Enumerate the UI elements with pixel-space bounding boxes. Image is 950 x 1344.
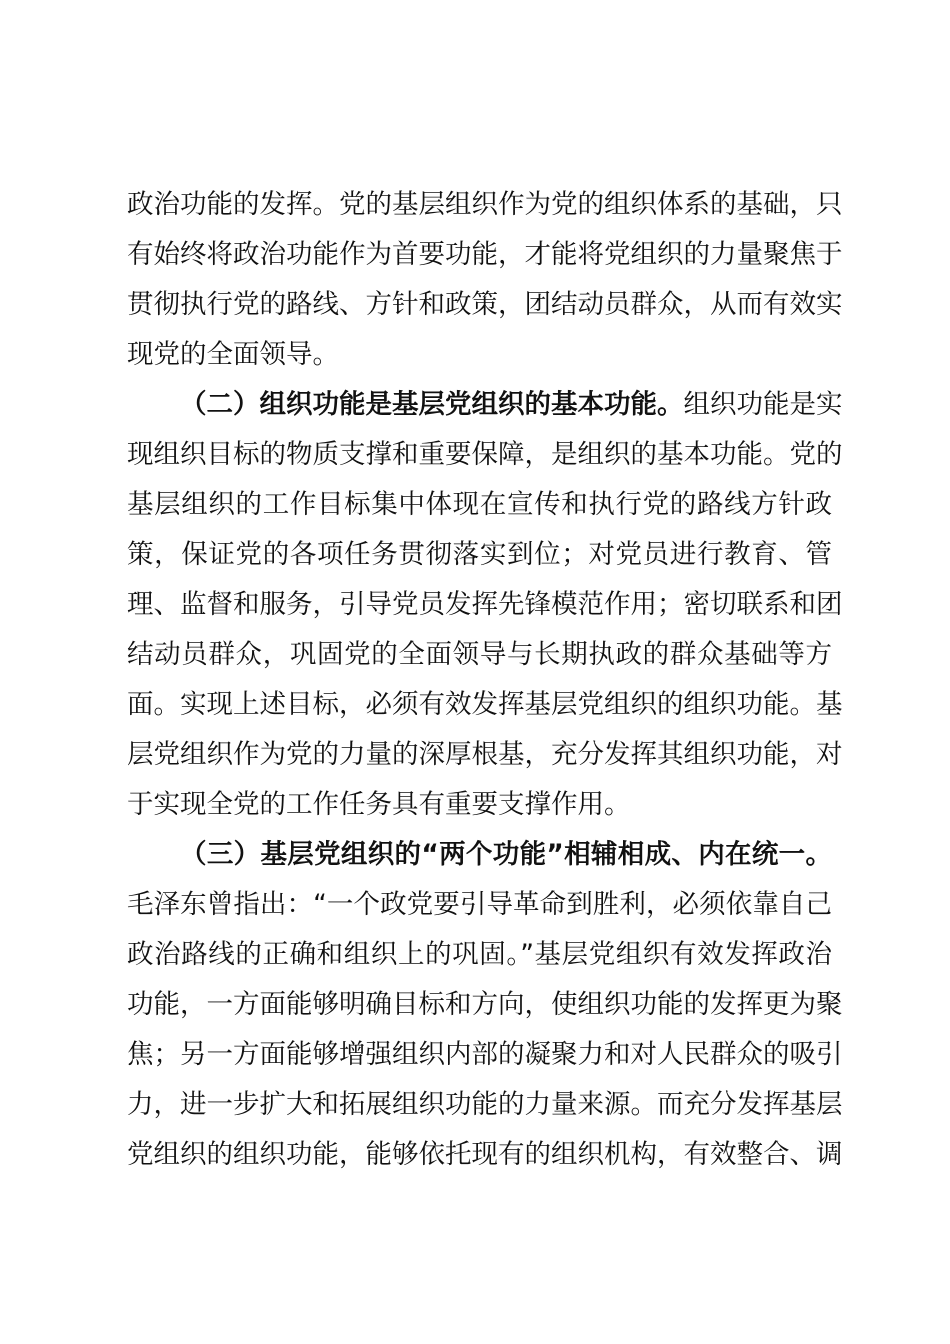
text-line: 党组织的组织功能，能够依托现有的组织机构，有效整合、调: [127, 1130, 832, 1180]
text-line: 毛泽东曾指出：“一个政党要引导革命到胜利，必须依靠自己: [127, 880, 832, 930]
text-line: 理、监督和服务，引导党员发挥先锋模范作用；密切联系和团: [127, 580, 832, 630]
text-run: 组织功能是实: [684, 389, 843, 420]
text-line: 结动员群众，巩固党的全面领导与长期执政的群众基础等方: [127, 630, 832, 680]
paragraph-two-functions: （三）基层党组织的“两个功能”相辅相成、内在统一。 毛泽东曾指出：“一个政党要引…: [127, 830, 832, 1180]
text-line: 功能，一方面能够明确目标和方向，使组织功能的发挥更为聚: [127, 980, 832, 1030]
section-heading-2: （二）组织功能是基层党组织的基本功能。: [180, 389, 684, 420]
document-page: 政治功能的发挥。党的基层组织作为党的组织体系的基础，只 有始终将政治功能作为首要…: [127, 180, 832, 1180]
text-line: 策，保证党的各项任务贯彻落实到位；对党员进行教育、管: [127, 530, 832, 580]
section-heading-3: （三）基层党组织的“两个功能”相辅相成、内在统一。: [180, 839, 832, 870]
text-line: 于实现全党的工作任务具有重要支撑作用。: [127, 780, 832, 830]
section-heading-line: （二）组织功能是基层党组织的基本功能。组织功能是实: [127, 380, 832, 430]
section-heading-line: （三）基层党组织的“两个功能”相辅相成、内在统一。: [127, 830, 832, 880]
text-line: 现党的全面领导。: [127, 330, 832, 380]
paragraph-organizational-function: （二）组织功能是基层党组织的基本功能。组织功能是实 现组织目标的物质支撑和重要保…: [127, 380, 832, 830]
text-line: 基层组织的工作目标集中体现在宣传和执行党的路线方针政: [127, 480, 832, 530]
text-line: 焦；另一方面能够增强组织内部的凝聚力和对人民群众的吸引: [127, 1030, 832, 1080]
paragraph-political-function: 政治功能的发挥。党的基层组织作为党的组织体系的基础，只 有始终将政治功能作为首要…: [127, 180, 832, 380]
text-line: 政治路线的正确和组织上的巩固。”基层党组织有效发挥政治: [127, 930, 832, 980]
text-line: 力，进一步扩大和拓展组织功能的力量来源。而充分发挥基层: [127, 1080, 832, 1130]
text-line: 层党组织作为党的力量的深厚根基，充分发挥其组织功能，对: [127, 730, 832, 780]
text-line: 有始终将政治功能作为首要功能，才能将党组织的力量聚焦于: [127, 230, 832, 280]
text-line: 现组织目标的物质支撑和重要保障，是组织的基本功能。党的: [127, 430, 832, 480]
text-line: 贯彻执行党的路线、方针和政策，团结动员群众，从而有效实: [127, 280, 832, 330]
text-line: 面。实现上述目标，必须有效发挥基层党组织的组织功能。基: [127, 680, 832, 730]
text-line: 政治功能的发挥。党的基层组织作为党的组织体系的基础，只: [127, 180, 832, 230]
